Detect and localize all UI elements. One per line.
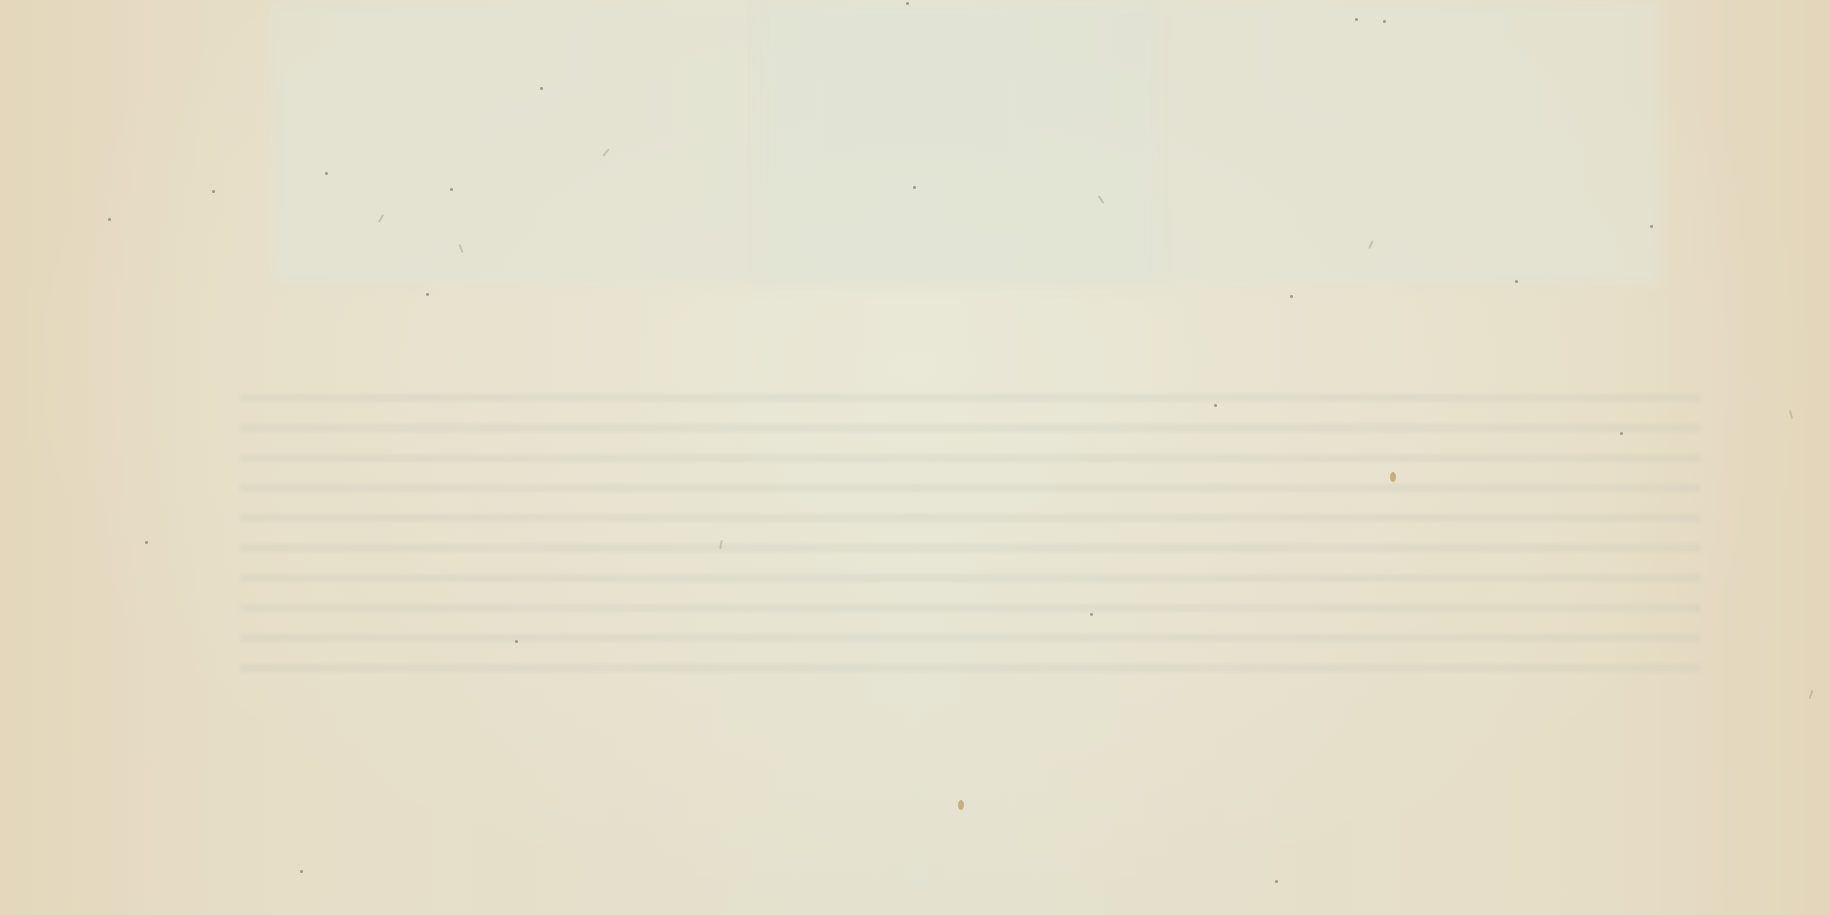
paper-speck bbox=[515, 640, 518, 643]
paper-stain bbox=[958, 800, 964, 810]
paper-speck bbox=[212, 190, 215, 193]
paper-page bbox=[0, 0, 1830, 915]
paper-speck bbox=[1214, 404, 1217, 407]
bleed-through-text-area bbox=[240, 380, 1700, 680]
paper-speck bbox=[906, 2, 909, 5]
paper-speck bbox=[1355, 18, 1358, 21]
paper-speck bbox=[450, 188, 453, 191]
paper-speck bbox=[1290, 295, 1293, 298]
paper-speck bbox=[1275, 880, 1278, 883]
paper-speck bbox=[300, 870, 303, 873]
paper-speck bbox=[145, 541, 148, 544]
paper-fiber bbox=[1789, 410, 1793, 419]
light-zone-left bbox=[270, 0, 760, 285]
paper-fiber bbox=[1809, 690, 1814, 699]
paper-speck bbox=[1383, 20, 1386, 23]
paper-speck bbox=[1620, 432, 1623, 435]
paper-speck bbox=[1650, 225, 1653, 228]
light-zone-right bbox=[1160, 0, 1660, 285]
paper-speck bbox=[1515, 280, 1518, 283]
paper-speck bbox=[1090, 613, 1093, 616]
paper-stain bbox=[1390, 472, 1396, 482]
paper-speck bbox=[426, 293, 429, 296]
paper-speck bbox=[325, 172, 328, 175]
paper-speck bbox=[108, 218, 111, 221]
paper-speck bbox=[540, 87, 543, 90]
light-zone-middle bbox=[760, 0, 1160, 285]
paper-speck bbox=[913, 186, 916, 189]
